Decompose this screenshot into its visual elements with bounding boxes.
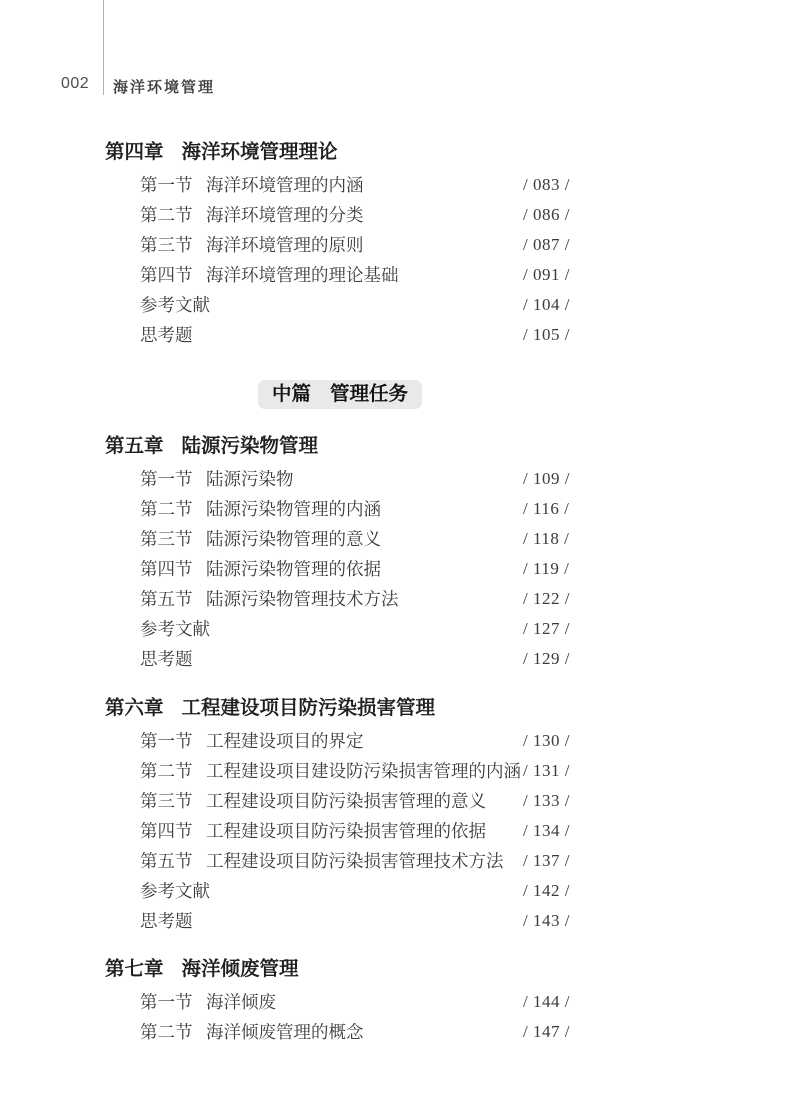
entry-number: 第一节 — [140, 726, 206, 756]
folio-number: 002 — [61, 75, 89, 93]
entry-title: 陆源污染物管理的依据 — [206, 559, 381, 579]
entry-title: 工程建设项目防污染损害管理技术方法 — [206, 851, 504, 871]
entry-title: 陆源污染物管理的意义 — [206, 529, 381, 549]
entry-page-number: / 147 / — [523, 1017, 570, 1047]
chapter-number: 第四章 — [105, 142, 164, 163]
chapter-number: 第六章 — [105, 698, 164, 719]
entry-page-number: / 109 / — [523, 464, 570, 494]
entry-number: 第四节 — [140, 554, 206, 584]
toc-entry: 第四节工程建设项目防污染损害管理的依据 / 134 / — [0, 816, 799, 846]
toc-entry: 第四节陆源污染物管理的依据 / 119 / — [0, 554, 799, 584]
entry-title: 海洋环境管理的理论基础 — [206, 265, 399, 285]
toc-entry: 思考题 / 129 / — [0, 644, 799, 674]
chapter-name: 海洋环境管理理论 — [182, 142, 338, 163]
chapter-block-6: 第六章工程建设项目防污染损害管理 第一节工程建设项目的界定 / 130 / 第二… — [0, 696, 799, 936]
entry-number: 第二节 — [140, 756, 206, 786]
entry-title: 工程建设项目建设防污染损害管理的内涵 — [206, 761, 521, 781]
running-title: 海洋环境管理 — [113, 76, 215, 97]
chapter-block-7: 第七章海洋倾废管理 第一节海洋倾废 / 144 / 第二节海洋倾废管理的概念 /… — [0, 957, 799, 1047]
entry-number: 第四节 — [140, 260, 206, 290]
entry-number: 第五节 — [140, 584, 206, 614]
toc-entry: 第一节海洋倾废 / 144 / — [0, 987, 799, 1017]
toc-entry: 第一节海洋环境管理的内涵 / 083 / — [0, 170, 799, 200]
entry-page-number: / 143 / — [523, 906, 570, 936]
toc-entry: 思考题 / 143 / — [0, 906, 799, 936]
toc-entry: 第五节陆源污染物管理技术方法 / 122 / — [0, 584, 799, 614]
entry-number: 第三节 — [140, 524, 206, 554]
toc-entry: 第二节工程建设项目建设防污染损害管理的内涵 / 131 / — [0, 756, 799, 786]
chapter-name: 海洋倾废管理 — [182, 959, 299, 980]
toc-entry: 第三节工程建设项目防污染损害管理的意义 / 133 / — [0, 786, 799, 816]
entry-number: 第一节 — [140, 464, 206, 494]
chapter-entries: 第一节海洋倾废 / 144 / 第二节海洋倾废管理的概念 / 147 / — [0, 987, 799, 1047]
toc-entry: 第一节工程建设项目的界定 / 130 / — [0, 726, 799, 756]
entry-number: 第二节 — [140, 1017, 206, 1047]
chapter-title: 第四章海洋环境管理理论 — [0, 140, 799, 166]
entry-title: 陆源污染物 — [206, 469, 294, 489]
toc-entry: 第二节海洋倾废管理的概念 / 147 / — [0, 1017, 799, 1047]
entry-page-number: / 144 / — [523, 987, 570, 1017]
entry-page-number: / 086 / — [523, 200, 570, 230]
chapter-number: 第七章 — [105, 959, 164, 980]
entry-page-number: / 134 / — [523, 816, 570, 846]
part-badge-part: 中篇 — [272, 383, 311, 405]
chapter-entries: 第一节海洋环境管理的内涵 / 083 / 第二节海洋环境管理的分类 / 086 … — [0, 170, 799, 350]
header-divider — [103, 0, 104, 95]
toc-entry: 第二节海洋环境管理的分类 / 086 / — [0, 200, 799, 230]
entry-number: 第三节 — [140, 230, 206, 260]
entry-page-number: / 105 / — [523, 320, 570, 350]
toc-entry: 参考文献 / 104 / — [0, 290, 799, 320]
entry-page-number: / 119 / — [523, 554, 569, 584]
entry-page-number: / 131 / — [523, 756, 570, 786]
entry-number: 第一节 — [140, 987, 206, 1017]
toc-entry: 第一节陆源污染物 / 109 / — [0, 464, 799, 494]
entry-number: 第四节 — [140, 816, 206, 846]
chapter-name: 陆源污染物管理 — [182, 436, 319, 457]
chapter-block-4: 第四章海洋环境管理理论 第一节海洋环境管理的内涵 / 083 / 第二节海洋环境… — [0, 140, 799, 350]
entry-title: 海洋环境管理的分类 — [206, 205, 364, 225]
entry-title: 参考文献 — [140, 295, 210, 315]
toc-entry: 参考文献 / 127 / — [0, 614, 799, 644]
entry-page-number: / 118 / — [523, 524, 569, 554]
entry-page-number: / 127 / — [523, 614, 570, 644]
chapter-title: 第六章工程建设项目防污染损害管理 — [0, 696, 799, 722]
entry-page-number: / 104 / — [523, 290, 570, 320]
part-badge-title: 管理任务 — [330, 383, 408, 405]
entry-title: 海洋环境管理的内涵 — [206, 175, 364, 195]
entry-number: 第二节 — [140, 200, 206, 230]
toc-entry: 第二节陆源污染物管理的内涵 / 116 / — [0, 494, 799, 524]
entry-page-number: / 122 / — [523, 584, 570, 614]
toc-entry: 思考题 / 105 / — [0, 320, 799, 350]
entry-title: 参考文献 — [140, 619, 210, 639]
toc-entry: 参考文献 / 142 / — [0, 876, 799, 906]
entry-title: 海洋环境管理的原则 — [206, 235, 364, 255]
entry-title: 工程建设项目防污染损害管理的依据 — [206, 821, 486, 841]
entry-page-number: / 091 / — [523, 260, 570, 290]
entry-number: 第五节 — [140, 846, 206, 876]
chapter-name: 工程建设项目防污染损害管理 — [182, 698, 436, 719]
entry-page-number: / 130 / — [523, 726, 570, 756]
entry-title: 工程建设项目防污染损害管理的意义 — [206, 791, 486, 811]
entry-page-number: / 142 / — [523, 876, 570, 906]
entry-title: 思考题 — [140, 649, 193, 669]
entry-title: 参考文献 — [140, 881, 210, 901]
entry-title: 工程建设项目的界定 — [206, 731, 364, 751]
entry-number: 第一节 — [140, 170, 206, 200]
entry-page-number: / 116 / — [523, 494, 569, 524]
entry-title: 海洋倾废管理的概念 — [206, 1022, 364, 1042]
entry-number: 第二节 — [140, 494, 206, 524]
chapter-entries: 第一节陆源污染物 / 109 / 第二节陆源污染物管理的内涵 / 116 / 第… — [0, 464, 799, 674]
entry-number: 第三节 — [140, 786, 206, 816]
entry-title: 思考题 — [140, 325, 193, 345]
chapter-number: 第五章 — [105, 436, 164, 457]
toc-entry: 第四节海洋环境管理的理论基础 / 091 / — [0, 260, 799, 290]
entry-title: 海洋倾废 — [206, 992, 276, 1012]
toc-page: 002 海洋环境管理 第四章海洋环境管理理论 第一节海洋环境管理的内涵 / 08… — [0, 0, 799, 1118]
chapter-title: 第五章陆源污染物管理 — [0, 434, 799, 460]
toc-entry: 第三节海洋环境管理的原则 / 087 / — [0, 230, 799, 260]
chapter-block-5: 第五章陆源污染物管理 第一节陆源污染物 / 109 / 第二节陆源污染物管理的内… — [0, 434, 799, 674]
entry-page-number: / 137 / — [523, 846, 570, 876]
part-badge: 中篇管理任务 — [258, 380, 422, 409]
entry-title: 陆源污染物管理的内涵 — [206, 499, 381, 519]
entry-page-number: / 083 / — [523, 170, 570, 200]
entry-page-number: / 133 / — [523, 786, 570, 816]
toc-entry: 第三节陆源污染物管理的意义 / 118 / — [0, 524, 799, 554]
entry-title: 陆源污染物管理技术方法 — [206, 589, 399, 609]
chapter-title: 第七章海洋倾废管理 — [0, 957, 799, 983]
entry-page-number: / 129 / — [523, 644, 570, 674]
entry-page-number: / 087 / — [523, 230, 570, 260]
chapter-entries: 第一节工程建设项目的界定 / 130 / 第二节工程建设项目建设防污染损害管理的… — [0, 726, 799, 936]
entry-title: 思考题 — [140, 911, 193, 931]
toc-entry: 第五节工程建设项目防污染损害管理技术方法 / 137 / — [0, 846, 799, 876]
